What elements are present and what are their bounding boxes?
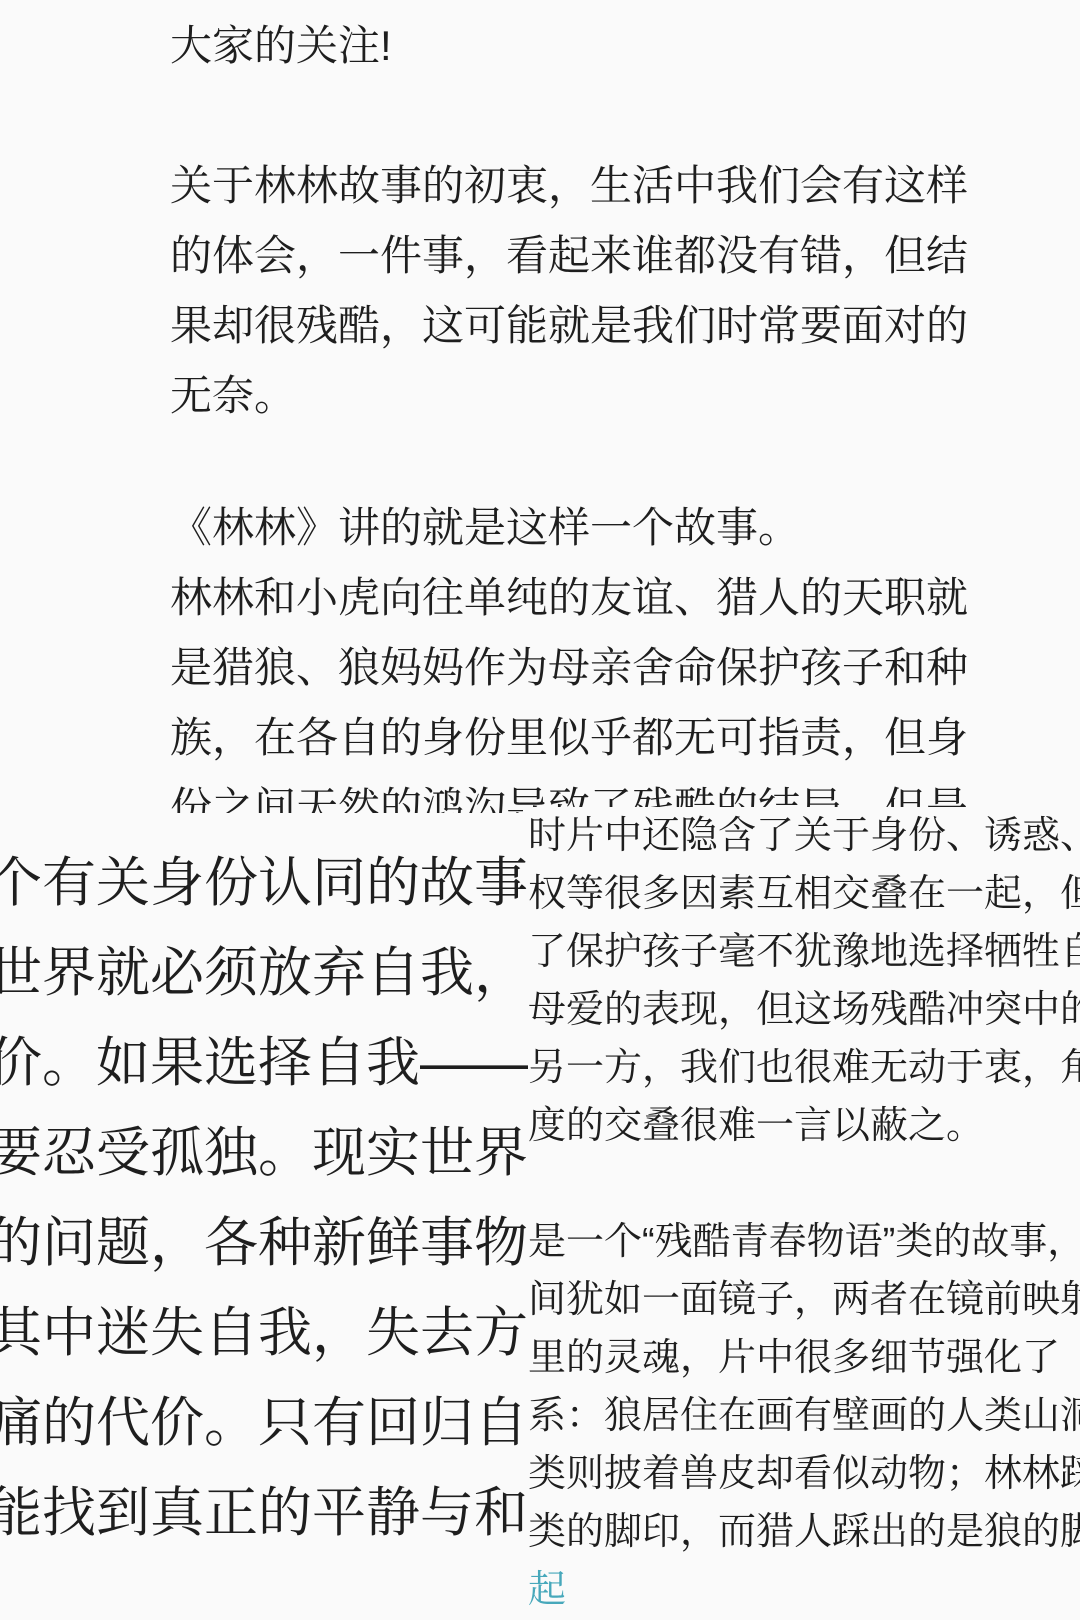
text-line: 类的脚印，而猎人踩出的是狼的脚 (528, 1503, 1080, 1561)
text-line: 度的交叠很难一言以蔽之。 (528, 1097, 1080, 1155)
article-title-line: 大家的关注! (170, 11, 392, 81)
text-line: 族，在各自的身份里似乎都无可指责，但身 (170, 703, 968, 773)
text-line: 果却很残酷，这可能就是我们时常要面对的 (170, 291, 968, 361)
text-line: 类则披着兽皮却看似动物；林林踩 (528, 1445, 1080, 1503)
text-line: 个有关身份认同的故事 (0, 838, 608, 928)
text-line: 大家的关注! (170, 11, 392, 81)
text-line: 价。如果选择自我—— (0, 1018, 608, 1108)
article-paragraph-1: 关于林林故事的初衷，生活中我们会有这样的体会，一件事，看起来谁都没有错，但结果却… (170, 151, 968, 431)
text-line: 间犹如一面镜子，两者在镜前映射 (528, 1271, 1080, 1329)
text-line: 里的灵魂，片中很多细节强化了 (528, 1329, 1080, 1387)
text-line: 是猎狼、狼妈妈作为母亲舍命保护孩子和种 (170, 633, 968, 703)
text-line: 其中迷失自我，失去方 (0, 1288, 608, 1378)
text-line: 母爱的表现，但这场残酷冲突中的 (528, 981, 1080, 1039)
collapse-link-line: 起 (528, 1561, 1080, 1619)
text-line: 关于林林故事的初衷，生活中我们会有这样 (170, 151, 968, 221)
text-line: 时片中还隐含了关于身份、诱惑、 (528, 807, 1080, 865)
text-line: 要忍受孤独。现实世界 (0, 1108, 608, 1198)
article-screen: 大家的关注! 关于林林故事的初衷，生活中我们会有这样的体会，一件事，看起来谁都没… (0, 0, 1080, 1620)
text-line: 的体会，一件事，看起来谁都没有错，但结 (170, 221, 968, 291)
text-line: 是一个“残酷青春物语”类的故事， (528, 1213, 1080, 1271)
text-line: 林林和小虎向往单纯的友谊、猎人的天职就 (170, 563, 968, 633)
right-column-lines: 时片中还隐含了关于身份、诱惑、权等很多因素互相交叠在一起，但了保护孩子毫不犹豫地… (528, 807, 1080, 1561)
text-line: 世界就必须放弃自我， (0, 928, 608, 1018)
text-line: 痛的代价。只有回归自 (0, 1378, 608, 1468)
text-line: 的问题，各种新鲜事物 (0, 1198, 608, 1288)
text-line: 无奈。 (170, 361, 968, 431)
text-line: 《林林》讲的就是这样一个故事。 (170, 493, 968, 563)
text-line: 另一方，我们也很难无动于衷，角 (528, 1039, 1080, 1097)
magnified-text-overlay: 个有关身份认同的故事世界就必须放弃自我，价。如果选择自我——要忍受孤独。现实世界… (0, 813, 608, 1558)
collapse-link[interactable]: 起 (528, 1569, 566, 1611)
text-line: 权等很多因素互相交叠在一起，但 (528, 865, 1080, 923)
text-line: 了保护孩子毫不犹豫地选择牺牲自 (528, 923, 1080, 981)
text-line: 能找到真正的平静与和 (0, 1468, 608, 1558)
text-line: 系：狼居住在画有壁画的人类山洞 (528, 1387, 1080, 1445)
article-paragraph-2: 《林林》讲的就是这样一个故事。林林和小虎向往单纯的友谊、猎人的天职就是猎狼、狼妈… (170, 493, 968, 843)
text-line (528, 1155, 1080, 1213)
